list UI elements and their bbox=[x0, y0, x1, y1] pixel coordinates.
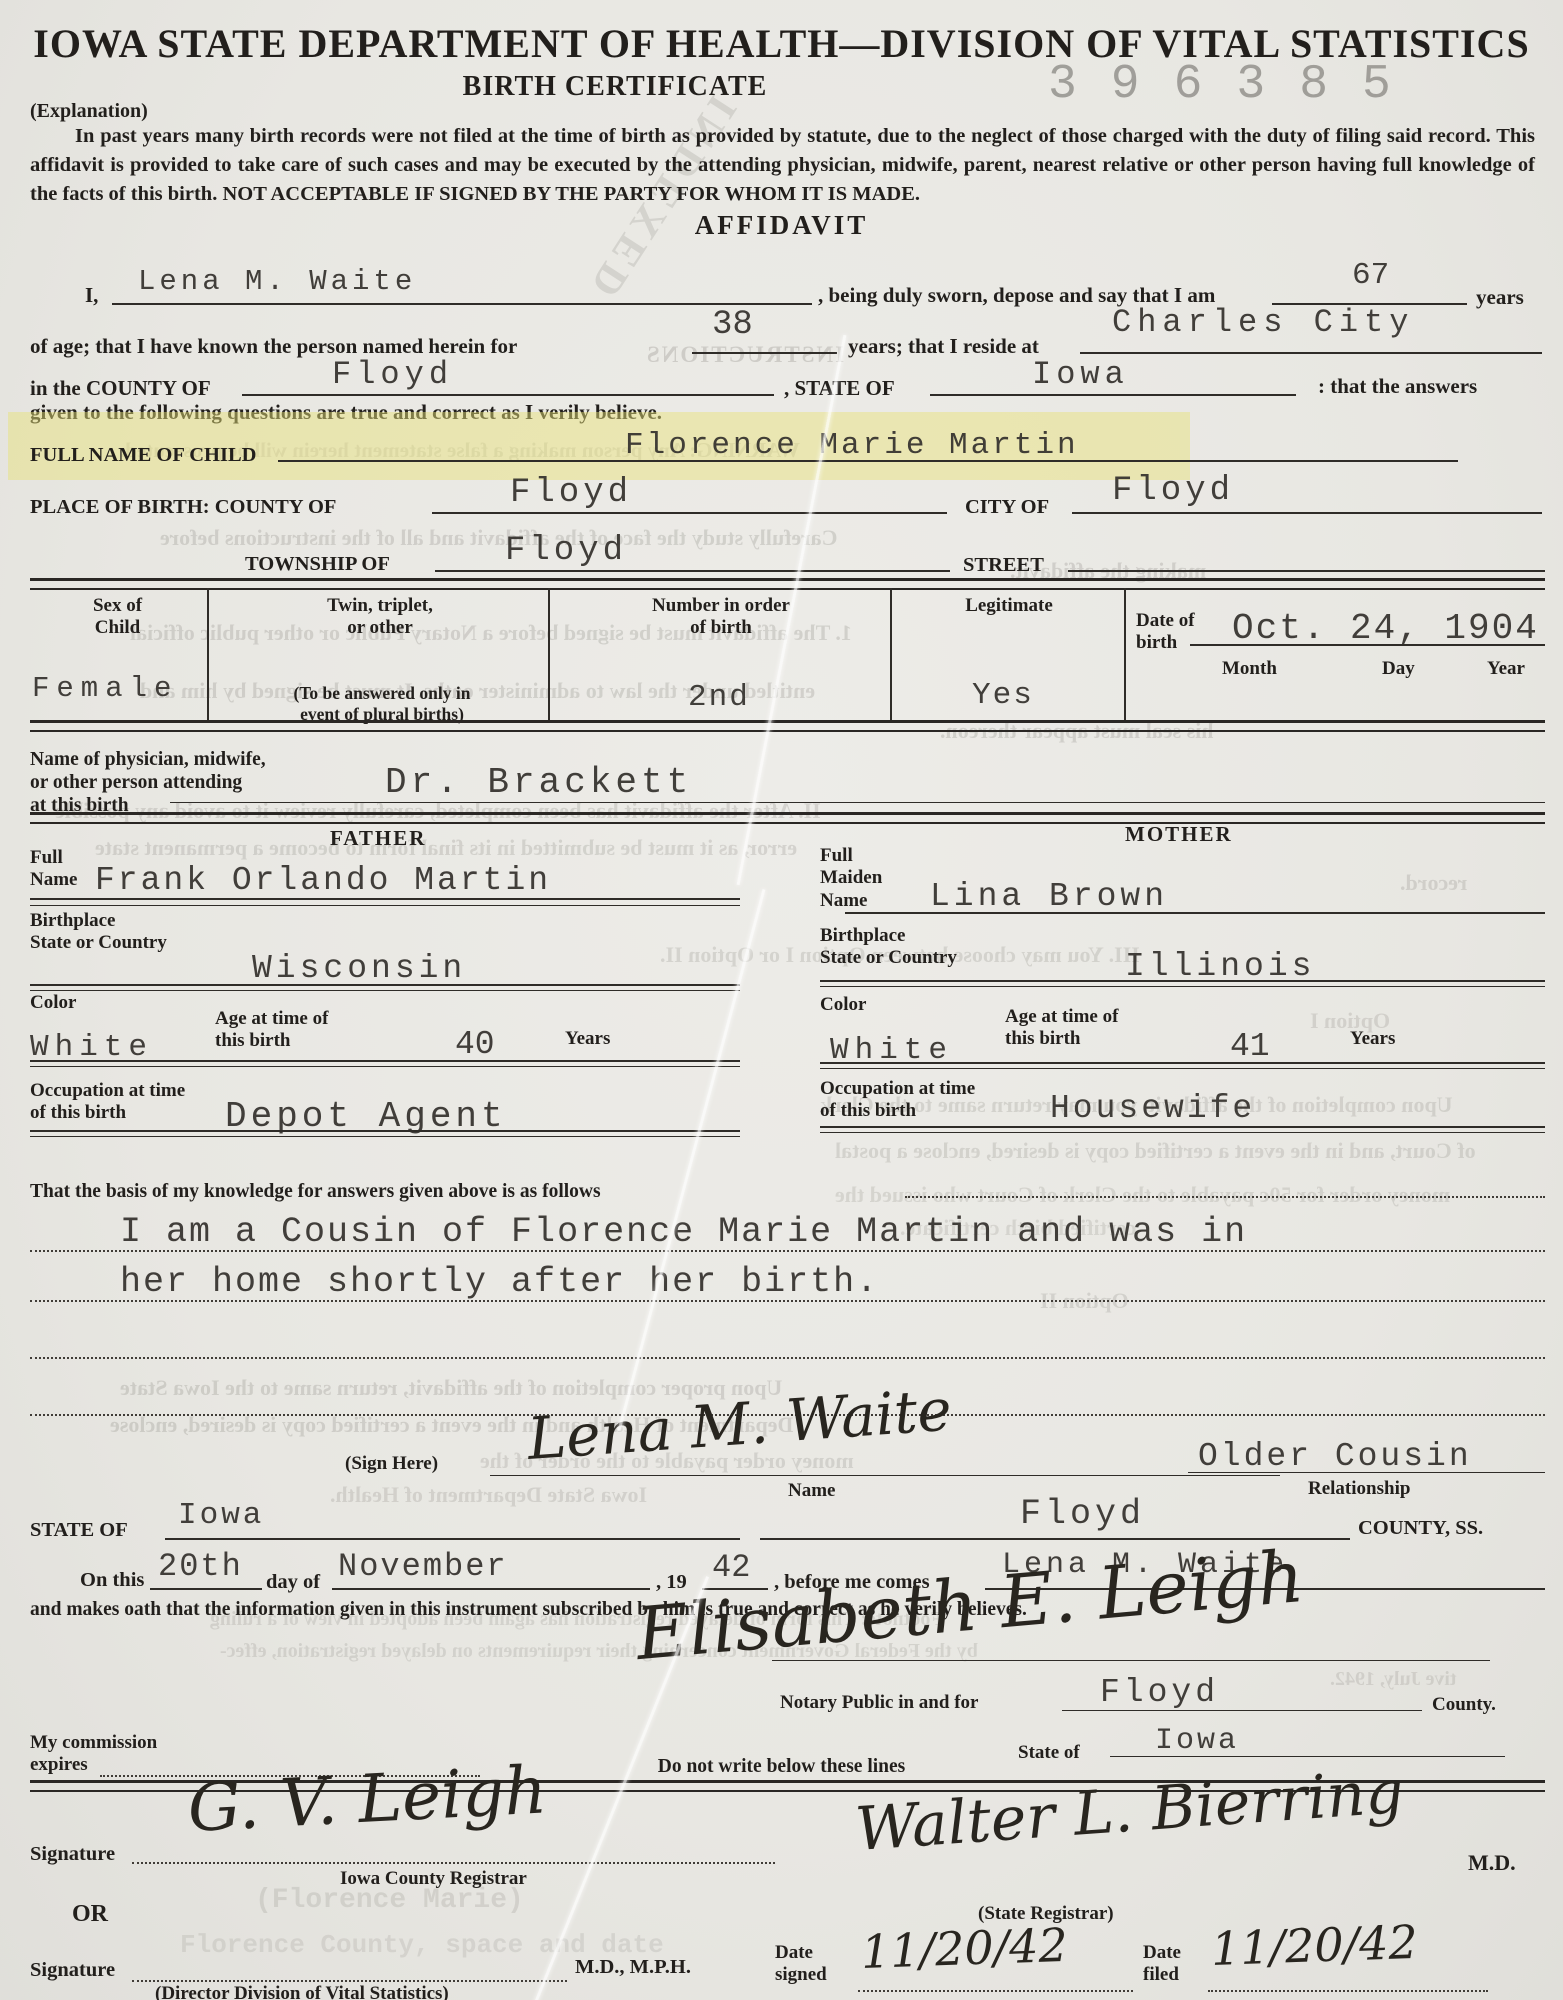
mother-color-label: Color bbox=[820, 994, 866, 1016]
dotted-fill-line bbox=[30, 1357, 1545, 1359]
fill-line bbox=[820, 1126, 1545, 1128]
residence-value: Charles City bbox=[1112, 304, 1414, 341]
city-label: CITY OF bbox=[965, 495, 1049, 519]
county-ss-label: COUNTY, SS. bbox=[1358, 1516, 1483, 1540]
fill-line bbox=[820, 986, 1545, 987]
affiant-signature: Lena M. Waite bbox=[525, 1376, 954, 1473]
fill-line bbox=[30, 1060, 740, 1062]
table-divider bbox=[890, 588, 892, 722]
table-divider bbox=[548, 588, 550, 722]
line1-prefix: I, bbox=[85, 283, 98, 308]
fill-line bbox=[1062, 1710, 1422, 1711]
line3-mid: , STATE OF bbox=[784, 376, 895, 401]
father-age-label: Age at time of this birth bbox=[215, 1008, 328, 1053]
mother-birthplace-label: Birthplace State or Country bbox=[820, 925, 957, 970]
bleedthrough-text: tive July, 1942. bbox=[1330, 1668, 1457, 1691]
place-of-birth-label: PLACE OF BIRTH: COUNTY OF bbox=[30, 495, 336, 519]
date-filed-label: Date filed bbox=[1143, 1942, 1181, 1987]
mother-name-label: Full Maiden Name bbox=[820, 845, 882, 912]
bleedthrough-text: error, as it must be submitted in its fi… bbox=[95, 835, 797, 861]
county-word-label: County. bbox=[1432, 1694, 1496, 1716]
physician-value: Dr. Brackett bbox=[385, 762, 692, 803]
sex-value: Female bbox=[32, 672, 178, 705]
fill-line bbox=[1188, 1472, 1545, 1473]
fill-line bbox=[242, 394, 774, 396]
bleedthrough-text: of Court, and in the event a certified c… bbox=[835, 1138, 1476, 1164]
bleedthrough-text: Carefully study the face of the affidavi… bbox=[160, 525, 837, 551]
bleedthrough-text: money order for 50c payable to the Clerk… bbox=[835, 1182, 1450, 1208]
signature-label-2: Signature bbox=[30, 1958, 115, 1982]
table-header-order: Number in order of birth bbox=[556, 595, 886, 640]
plural-births-note: (To be answered only in event of plural … bbox=[222, 683, 542, 724]
mother-age-label: Age at time of this birth bbox=[1005, 1006, 1118, 1051]
notary-day-value: 20th bbox=[158, 1548, 243, 1585]
line2-mid: years; that I reside at bbox=[848, 334, 1039, 359]
fill-line bbox=[432, 512, 947, 514]
fill-line bbox=[435, 570, 950, 572]
father-years-label: Years bbox=[565, 1028, 610, 1050]
legitimate-value: Yes bbox=[972, 678, 1034, 713]
fill-line bbox=[30, 898, 740, 900]
child-name-label: FULL NAME OF CHILD bbox=[30, 443, 256, 467]
mother-name-value: Lina Brown bbox=[930, 878, 1168, 915]
director-label: (Director Division of Vital Statistics) bbox=[155, 1983, 449, 2000]
fill-line bbox=[845, 912, 1545, 914]
notary-month-value: November bbox=[338, 1548, 508, 1585]
table-divider bbox=[1124, 588, 1126, 722]
line3-suffix: : that the answers bbox=[1318, 374, 1477, 399]
date-signed-label: Date signed bbox=[775, 1942, 827, 1987]
street-label: STREET bbox=[963, 553, 1044, 577]
physician-label: Name of physician, midwife, or other per… bbox=[30, 748, 266, 817]
fill-line bbox=[332, 1588, 650, 1590]
fill-line bbox=[820, 1068, 1545, 1069]
fill-line bbox=[112, 303, 812, 305]
fill-line bbox=[1080, 352, 1542, 354]
table-header-twin: Twin, triplet, or other bbox=[215, 595, 545, 640]
rule-line bbox=[30, 578, 1545, 590]
mother-years-label: Years bbox=[1350, 1028, 1395, 1050]
sign-here-label: (Sign Here) bbox=[345, 1453, 438, 1475]
age-value: 67 bbox=[1352, 258, 1389, 293]
dotted-fill-line bbox=[905, 1196, 1545, 1198]
bleedthrough-text: INSTRUCTIONS bbox=[645, 342, 844, 368]
birth-certificate-document: INDEXEDINSTRUCTIONSWARNING: Any person m… bbox=[0, 0, 1563, 2000]
state-of-label: STATE OF bbox=[30, 1518, 128, 1542]
month-label: Month bbox=[1222, 658, 1277, 680]
on-this-label: On this bbox=[80, 1568, 144, 1592]
line3-prefix: in the COUNTY OF bbox=[30, 376, 211, 401]
document-subtitle: BIRTH CERTIFICATE bbox=[380, 70, 850, 103]
scan-crease bbox=[618, 889, 766, 1431]
date-of-birth-label: Date of birth bbox=[1136, 610, 1221, 655]
fill-line bbox=[165, 1538, 740, 1540]
date-filed-value: 11/20/42 bbox=[1210, 1915, 1418, 1976]
venue-state-value: Iowa bbox=[178, 1498, 264, 1533]
name-caption: Name bbox=[788, 1480, 835, 1502]
signature-line bbox=[490, 1475, 1280, 1476]
date-of-birth-value: Oct. 24, 1904 bbox=[1232, 608, 1539, 649]
fill-line bbox=[820, 1062, 1545, 1064]
dotted-fill-line bbox=[30, 1300, 1545, 1302]
affiant-county-value: Floyd bbox=[332, 356, 453, 393]
day-label: Day bbox=[1382, 658, 1415, 680]
father-name-label: Full Name bbox=[30, 847, 77, 892]
year-label: Year bbox=[1487, 658, 1525, 680]
fill-line bbox=[30, 990, 740, 991]
md-label: M.D. bbox=[1468, 1850, 1516, 1876]
child-name-value: Florence Marie Martin bbox=[625, 428, 1079, 463]
dotted-fill-line bbox=[858, 1990, 1133, 1992]
fill-line bbox=[820, 1132, 1545, 1133]
notary-year-value: 42 bbox=[712, 1549, 750, 1586]
fill-line bbox=[1068, 570, 1545, 572]
birth-city-value: Floyd bbox=[1112, 472, 1234, 510]
fill-line bbox=[150, 1588, 262, 1590]
fill-line bbox=[30, 1136, 740, 1137]
signature-line bbox=[772, 1660, 1490, 1661]
notary-state-value: Iowa bbox=[1155, 1724, 1239, 1758]
day-of-label: day of bbox=[266, 1570, 320, 1594]
signature-label-1: Signature bbox=[30, 1842, 115, 1866]
affidavit-heading: AFFIDAVIT bbox=[0, 210, 1563, 242]
md-mph-label: M.D., M.P.H. bbox=[575, 1955, 691, 1979]
basis-line1-value: I am a Cousin of Florence Marie Martin a… bbox=[120, 1212, 1247, 1252]
deponent-name-value: Lena M. Waite bbox=[138, 265, 416, 298]
township-value: Floyd bbox=[505, 532, 627, 570]
bleedthrough-text: record. bbox=[1400, 870, 1467, 896]
fill-line bbox=[170, 802, 1545, 803]
bleedthrough-text: Iowa State Department of Health. bbox=[330, 1482, 647, 1508]
basis-label: That the basis of my knowledge for answe… bbox=[30, 1180, 601, 1203]
mother-section-label: MOTHER bbox=[1125, 822, 1233, 847]
birth-order-value: 2nd bbox=[688, 680, 750, 715]
fill-line bbox=[820, 980, 1545, 982]
fill-line bbox=[1190, 644, 1545, 646]
affiant-state-value: Iowa bbox=[1032, 356, 1129, 393]
table-header-legitimate: Legitimate bbox=[898, 595, 1120, 617]
relationship-caption: Relationship bbox=[1308, 1478, 1410, 1500]
rule-line bbox=[30, 812, 1545, 824]
venue-county-value: Floyd bbox=[1020, 1494, 1145, 1534]
fill-line bbox=[930, 394, 1296, 396]
notary-public-label: Notary Public in and for bbox=[780, 1692, 978, 1714]
father-color-label: Color bbox=[30, 992, 76, 1014]
table-divider bbox=[207, 588, 209, 722]
fill-line bbox=[30, 905, 740, 906]
explanation-paragraph: In past years many birth records were no… bbox=[30, 122, 1535, 209]
relationship-value: Older Cousin bbox=[1198, 1438, 1472, 1475]
rule-line bbox=[30, 720, 1545, 732]
certificate-number-stamp: 396385 bbox=[1048, 58, 1425, 112]
fill-line bbox=[30, 984, 740, 986]
dotted-signature-line bbox=[132, 1862, 775, 1864]
date-signed-value: 11/20/42 bbox=[860, 1918, 1068, 1979]
mother-age-value: 41 bbox=[1230, 1028, 1270, 1065]
mother-occupation-value: Housewife bbox=[1050, 1090, 1255, 1127]
dotted-signature-line bbox=[132, 1980, 567, 1982]
birth-county-value: Floyd bbox=[510, 474, 632, 512]
fill-line bbox=[30, 1130, 740, 1132]
township-label: TOWNSHIP OF bbox=[245, 552, 390, 576]
years-known-value: 38 bbox=[712, 306, 753, 344]
father-birthplace-value: Wisconsin bbox=[252, 950, 466, 987]
father-name-value: Frank Orlando Martin bbox=[95, 862, 551, 899]
fill-line bbox=[692, 352, 837, 354]
line1-suffix: years bbox=[1476, 285, 1524, 310]
notary-county-value: Floyd bbox=[1100, 1674, 1219, 1711]
dotted-fill-line bbox=[1208, 1990, 1488, 1992]
father-birthplace-label: Birthplace State or Country bbox=[30, 910, 167, 955]
father-occupation-label: Occupation at time of this birth bbox=[30, 1080, 185, 1125]
or-label: OR bbox=[72, 1900, 108, 1928]
father-section-label: FATHER bbox=[330, 826, 426, 851]
explanation-label: (Explanation) bbox=[30, 100, 148, 124]
table-header-sex: Sex of Child bbox=[30, 595, 205, 640]
county-registrar-label: Iowa County Registrar bbox=[340, 1868, 527, 1890]
dotted-fill-line bbox=[30, 1250, 1545, 1252]
mother-occupation-label: Occupation at time of this birth bbox=[820, 1078, 975, 1123]
basis-line2-value: her home shortly after her birth. bbox=[120, 1262, 879, 1302]
fill-line bbox=[1072, 512, 1542, 514]
father-age-value: 40 bbox=[455, 1026, 495, 1063]
fill-line bbox=[30, 1066, 740, 1067]
